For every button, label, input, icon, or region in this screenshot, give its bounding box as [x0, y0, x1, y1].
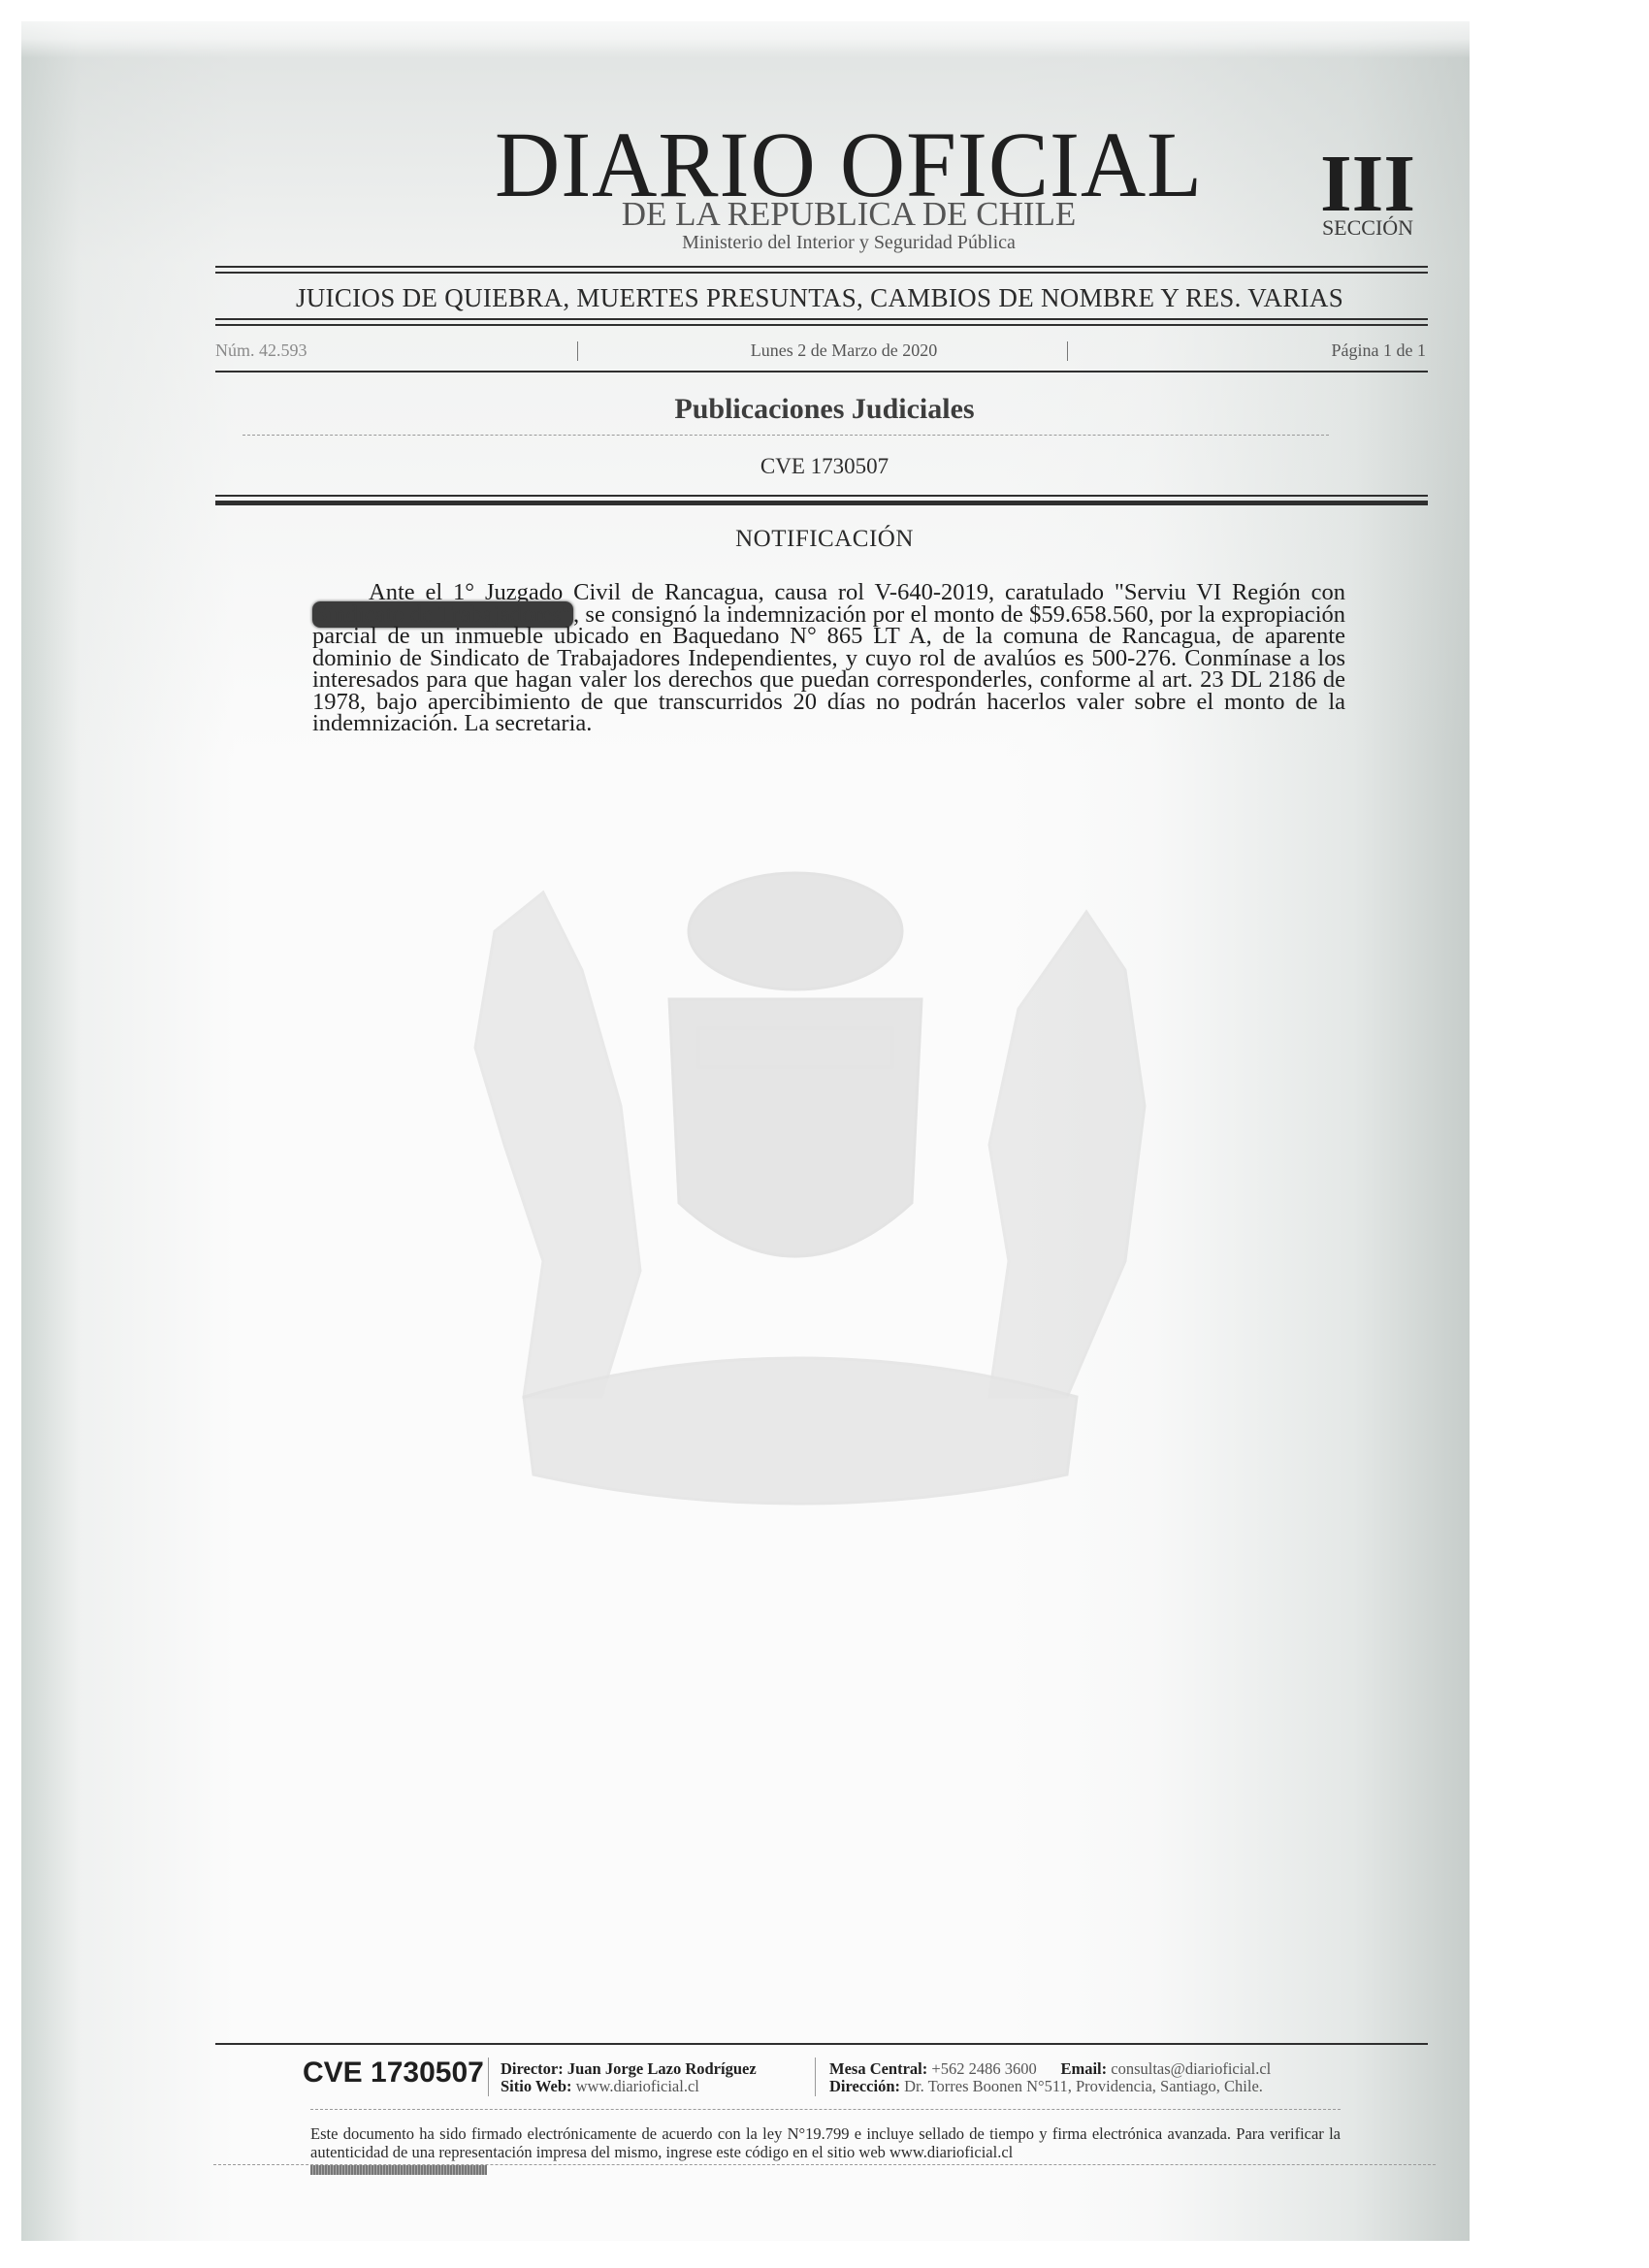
address-label: Dirección:	[829, 2077, 900, 2095]
header-rule	[215, 272, 1428, 274]
cve-code: CVE 1730507	[436, 454, 1212, 479]
footer-cve-code: CVE 1730507	[303, 2057, 484, 2090]
phone-label: Mesa Central:	[829, 2059, 927, 2078]
coat-of-arms-watermark	[407, 854, 1183, 1552]
banner-rule	[215, 324, 1428, 326]
section-number: III	[1295, 146, 1440, 223]
cve-rule-thick	[215, 501, 1428, 505]
issue-number: Núm. 42.593	[215, 340, 307, 361]
address-value: Dr. Torres Boonen N°511, Providencia, Sa…	[904, 2077, 1263, 2095]
footer-top-rule	[215, 2043, 1428, 2045]
masthead-subtitle: DE LA REPUBLICA DE CHILE	[436, 197, 1261, 232]
banner-rule	[215, 318, 1428, 320]
header-rule	[215, 266, 1428, 268]
website-label: Sitio Web:	[501, 2077, 572, 2095]
notice-title: NOTIFICACIÓN	[436, 526, 1212, 553]
director-name: Juan Jorge Lazo Rodríguez	[567, 2059, 757, 2078]
footer-divider	[310, 2109, 1341, 2110]
notice-body: Ante el 1° Juzgado Civil de Rancagua, ca…	[312, 582, 1345, 735]
email-label: Email:	[1060, 2059, 1107, 2078]
phone-number: +562 2486 3600	[931, 2059, 1036, 2078]
issue-separator	[1067, 341, 1068, 361]
category-banner: JUICIOS DE QUIEBRA, MUERTES PRESUNTAS, C…	[213, 283, 1426, 312]
cve-rule	[215, 495, 1428, 497]
footer-separator	[815, 2057, 816, 2096]
section-label: SECCIÓN	[1295, 216, 1440, 240]
legal-notice: Este documento ha sido firmado electróni…	[310, 2124, 1341, 2161]
page-indicator: Página 1 de 1	[1222, 340, 1426, 361]
issue-rule	[215, 371, 1428, 373]
email-link[interactable]: consultas@diarioficial.cl	[1111, 2059, 1271, 2078]
website-link[interactable]: www.diarioficial.cl	[576, 2077, 699, 2095]
issue-separator	[577, 341, 578, 361]
redacted-barcode	[310, 2165, 487, 2175]
issue-date: Lunes 2 de Marzo de 2020	[601, 340, 1086, 361]
masthead-ministry: Ministerio del Interior y Seguridad Públ…	[436, 232, 1261, 253]
director-label: Director:	[501, 2059, 564, 2078]
footer-director-website: Director: Juan Jorge Lazo Rodríguez Siti…	[501, 2060, 757, 2095]
scan-edge-fade	[0, 0, 1649, 58]
footer-contact: Mesa Central: +562 2486 3600 Email: cons…	[829, 2060, 1271, 2095]
publication-heading: Publicaciones Judiciales	[436, 393, 1212, 426]
heading-divider	[242, 435, 1329, 436]
footer-separator	[488, 2057, 489, 2096]
